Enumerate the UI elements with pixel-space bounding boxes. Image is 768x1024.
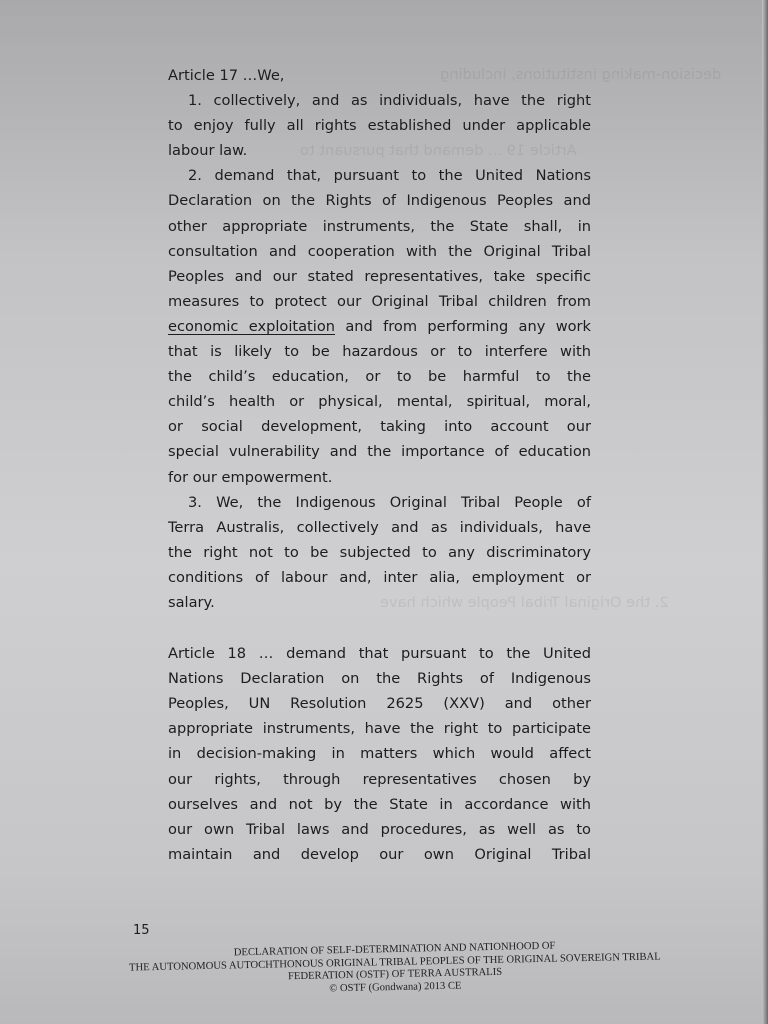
text-line: special vulnerability and the importance… xyxy=(168,439,591,464)
text-line: 3. We, the Indigenous Original Tribal Pe… xyxy=(168,490,591,515)
text-line: in decision-making in matters which woul… xyxy=(168,741,591,766)
text-line: the right not to be subjected to any dis… xyxy=(168,540,591,565)
text-line: consultation and cooperation with the Or… xyxy=(168,239,591,264)
text-line: child’s health or physical, mental, spir… xyxy=(168,389,591,414)
text-line: conditions of labour and, inter alia, em… xyxy=(168,565,591,590)
text-line: our rights, through representatives chos… xyxy=(168,767,591,792)
text-line: other appropriate instruments, the State… xyxy=(168,214,591,239)
text-line: measures to protect our Original Tribal … xyxy=(168,289,591,314)
document-body: Article 17 …We,1. collectively, and as i… xyxy=(168,63,591,867)
text-line: our own Tribal laws and procedures, as w… xyxy=(168,817,591,842)
text-line: that is likely to be hazardous or to int… xyxy=(168,339,591,364)
text-line: economic exploitation and from performin… xyxy=(168,314,591,339)
text-line: for our empowerment. xyxy=(168,465,591,490)
text-line: salary. xyxy=(168,590,591,615)
document-footer: DECLARATION OF SELF-DETERMINATION AND NA… xyxy=(120,938,671,1000)
text-line: Article 18 … demand that pursuant to the… xyxy=(168,641,591,666)
text-line: Nations Declaration on the Rights of Ind… xyxy=(168,666,591,691)
underlined-phrase: economic exploitation xyxy=(168,318,335,335)
text-line: the child’s education, or to be harmful … xyxy=(168,364,591,389)
text-line: Terra Australis, collectively and as ind… xyxy=(168,515,591,540)
text-line: appropriate instruments, have the right … xyxy=(168,716,591,741)
article-17: Article 17 …We,1. collectively, and as i… xyxy=(168,63,591,615)
article-18: Article 18 … demand that pursuant to the… xyxy=(168,641,591,867)
text-line: to enjoy fully all rights established un… xyxy=(168,113,591,138)
paragraph-gap xyxy=(168,615,591,641)
text-line: ourselves and not by the State in accord… xyxy=(168,792,591,817)
text-line: Peoples, UN Resolution 2625 (XXV) and ot… xyxy=(168,691,591,716)
text-line: labour law. xyxy=(168,138,591,163)
text-line: 1. collectively, and as individuals, hav… xyxy=(168,88,591,113)
page-number: 15 xyxy=(133,923,150,938)
text-line: Article 17 …We, xyxy=(168,63,591,88)
page-edge-shadow xyxy=(762,0,768,1024)
text-line: Declaration on the Rights of Indigenous … xyxy=(168,188,591,213)
text-line: or social development, taking into accou… xyxy=(168,414,591,439)
text-line: maintain and develop our own Original Tr… xyxy=(168,842,591,867)
text-line: Peoples and our stated representatives, … xyxy=(168,264,591,289)
text-line: 2. demand that, pursuant to the United N… xyxy=(168,163,591,188)
